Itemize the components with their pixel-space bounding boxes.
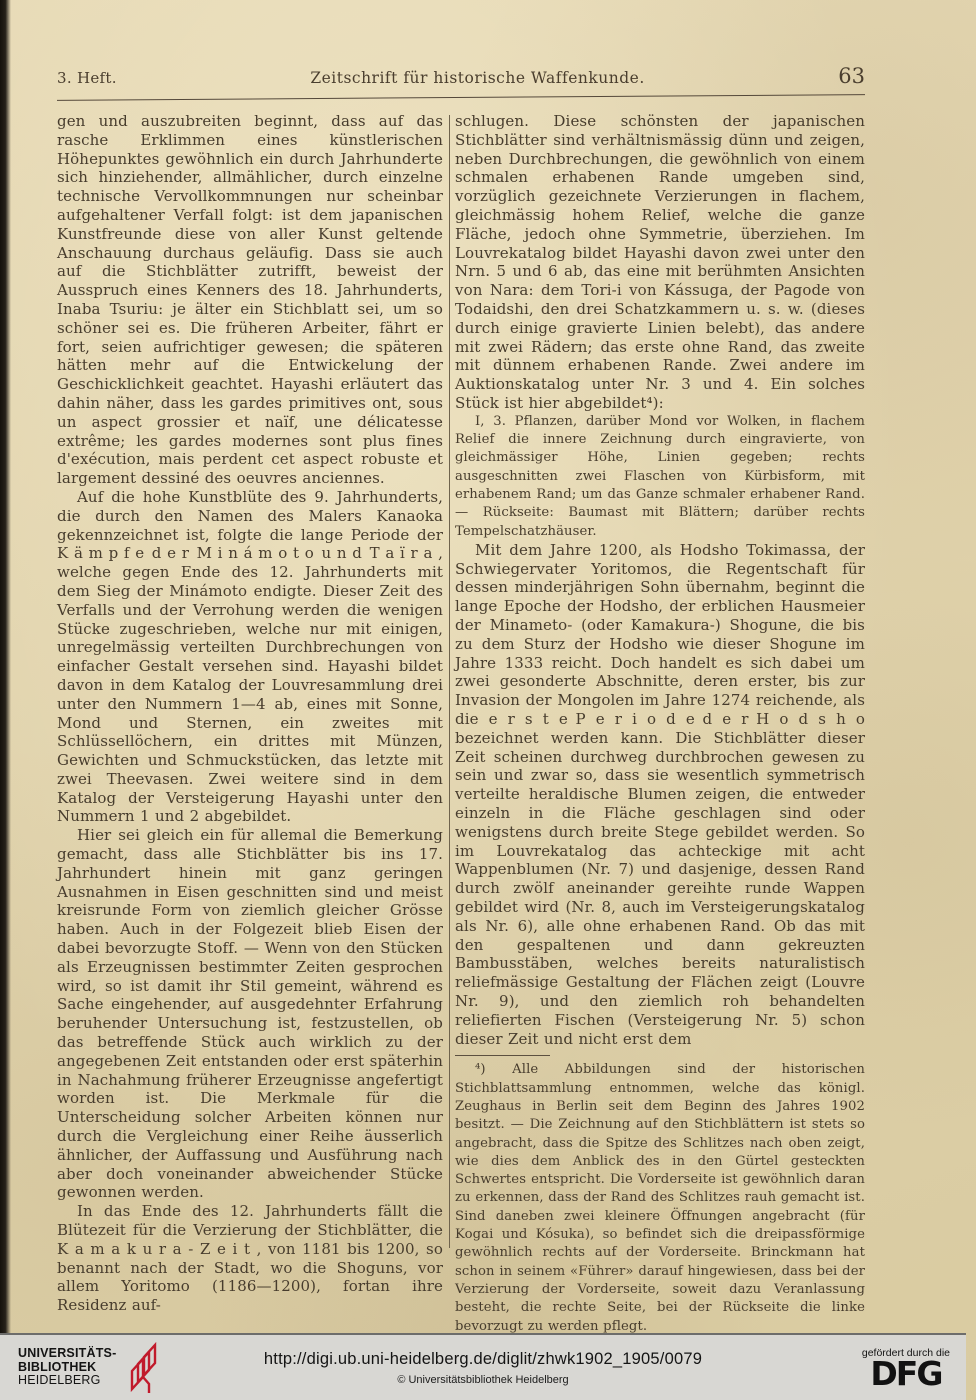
scanned-journal-page: 3. Heft. Zeitschrift für historische Waf… xyxy=(0,0,976,1400)
catalog-note: I, 3. Pflanzen, darüber Mond vor Wolken,… xyxy=(455,413,865,541)
paragraph: In das Ende des 12. Jahrhunderts fällt d… xyxy=(57,1202,443,1315)
paragraph: gen und auszubreiten beginnt, dass auf d… xyxy=(57,112,443,488)
left-column: gen und auszubreiten beginnt, dass auf d… xyxy=(57,112,443,1336)
library-name-line: BIBLIOTHEK xyxy=(18,1361,116,1375)
paragraph: Hier sei gleich ein für allemal die Beme… xyxy=(57,826,443,1202)
footnote-rule xyxy=(455,1055,550,1056)
footer-center: http://digi.ub.uni-heidelberg.de/diglit/… xyxy=(183,1350,783,1386)
header-rule xyxy=(57,94,865,101)
ub-heidelberg-books-icon xyxy=(123,1342,165,1394)
page-edge-shadow xyxy=(0,0,11,1334)
page-header: 3. Heft. Zeitschrift für historische Waf… xyxy=(57,64,865,88)
document-url-link[interactable]: http://digi.ub.uni-heidelberg.de/diglit/… xyxy=(183,1350,783,1369)
right-column: schlugen. Diese schönsten der japanische… xyxy=(455,112,865,1336)
library-name-line: UNIVERSITÄTS- xyxy=(18,1347,116,1361)
library-brand: UNIVERSITÄTS- BIBLIOTHEK HEIDELBERG xyxy=(18,1342,165,1394)
library-name-line: HEIDELBERG xyxy=(18,1374,116,1388)
text-columns: gen und auszubreiten beginnt, dass auf d… xyxy=(57,112,865,1336)
paragraph: Auf die hohe Kunstblüte des 9. Jahrhunde… xyxy=(57,488,443,826)
paragraph: Mit dem Jahre 1200, als Hodsho Tokimassa… xyxy=(455,541,865,1049)
dfg-brand: gefördert durch die DFG xyxy=(862,1347,950,1389)
digitization-footer: UNIVERSITÄTS- BIBLIOTHEK HEIDELBERG http… xyxy=(0,1333,966,1400)
copyright-text: © Universitätsbibliothek Heidelberg xyxy=(183,1374,783,1386)
page-number: 63 xyxy=(838,64,865,88)
dfg-logo: DFG xyxy=(862,1359,950,1389)
column-divider xyxy=(449,115,450,1248)
issue-label: 3. Heft. xyxy=(57,69,117,87)
journal-title: Zeitschrift für historische Waffenkunde. xyxy=(117,69,838,87)
library-name: UNIVERSITÄTS- BIBLIOTHEK HEIDELBERG xyxy=(18,1347,116,1388)
paragraph: schlugen. Diese schönsten der japanische… xyxy=(455,112,865,413)
footnote: ⁴) Alle Abbildungen sind der historische… xyxy=(455,1061,865,1335)
